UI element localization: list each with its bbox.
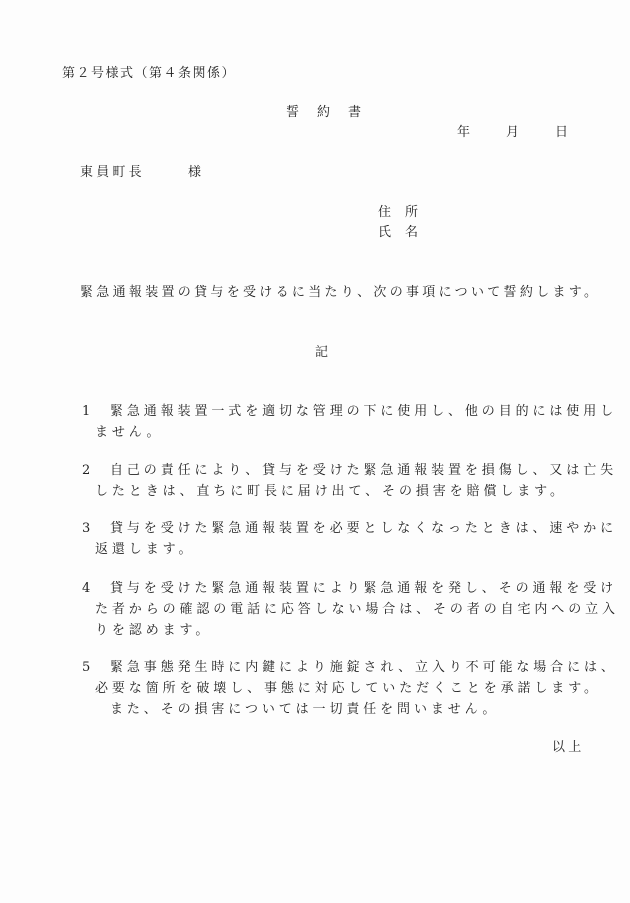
item-line: 返還します。 bbox=[95, 542, 195, 558]
item-number: 1 bbox=[82, 404, 93, 420]
item-line: 必要な箇所を破壊し、事態に対応していただくことを承諾します。 bbox=[95, 681, 601, 697]
item-line: 貸与を受けた緊急通報装置を必要としなくなったときは、速やかに bbox=[110, 521, 617, 537]
item-number: 3 bbox=[82, 521, 93, 537]
address-label: 住所 bbox=[378, 205, 432, 221]
date-month: 月 bbox=[506, 125, 522, 141]
item-line: た者からの確認の電話に応答しない場合は、その者の自宅内への立入 bbox=[95, 602, 619, 618]
item-line: したときは、直ちに町長に届け出て、その損害を賠償します。 bbox=[95, 484, 567, 500]
item-line: 緊急通報装置一式を適切な管理の下に使用し、他の目的には使用し bbox=[110, 404, 617, 420]
addressee-honorific: 様 bbox=[188, 165, 204, 181]
item-number: 2 bbox=[82, 463, 93, 479]
item-line: りを認めます。 bbox=[95, 623, 212, 639]
ki-heading: 記 bbox=[315, 345, 331, 361]
item-line: 貸与を受けた緊急通報装置により緊急通報を発し、その通報を受け bbox=[110, 581, 617, 597]
form-label: 第２号様式（第４条関係） bbox=[62, 66, 236, 82]
date-day: 日 bbox=[555, 125, 571, 141]
item-line: また、その損害については一切責任を問いません。 bbox=[110, 702, 499, 718]
addressee-name: 東員町長 bbox=[80, 165, 145, 181]
item-line: 自己の責任により、貸与を受けた緊急通報装置を損傷し、又は亡失 bbox=[110, 463, 617, 479]
item-number: 4 bbox=[82, 581, 93, 597]
name-label: 氏名 bbox=[378, 225, 432, 241]
closing-text: 以上 bbox=[552, 740, 584, 756]
date-year: 年 bbox=[457, 125, 473, 141]
item-line: ません。 bbox=[95, 425, 163, 441]
intro-text: 緊急通報装置の貸与を受けるに当たり、次の事項について誓約します。 bbox=[80, 285, 600, 301]
document-title: 誓約書 bbox=[286, 105, 379, 121]
item-number: 5 bbox=[82, 660, 93, 676]
item-line: 緊急事態発生時に内鍵により施錠され、立入り不可能な場合には、 bbox=[110, 660, 618, 676]
